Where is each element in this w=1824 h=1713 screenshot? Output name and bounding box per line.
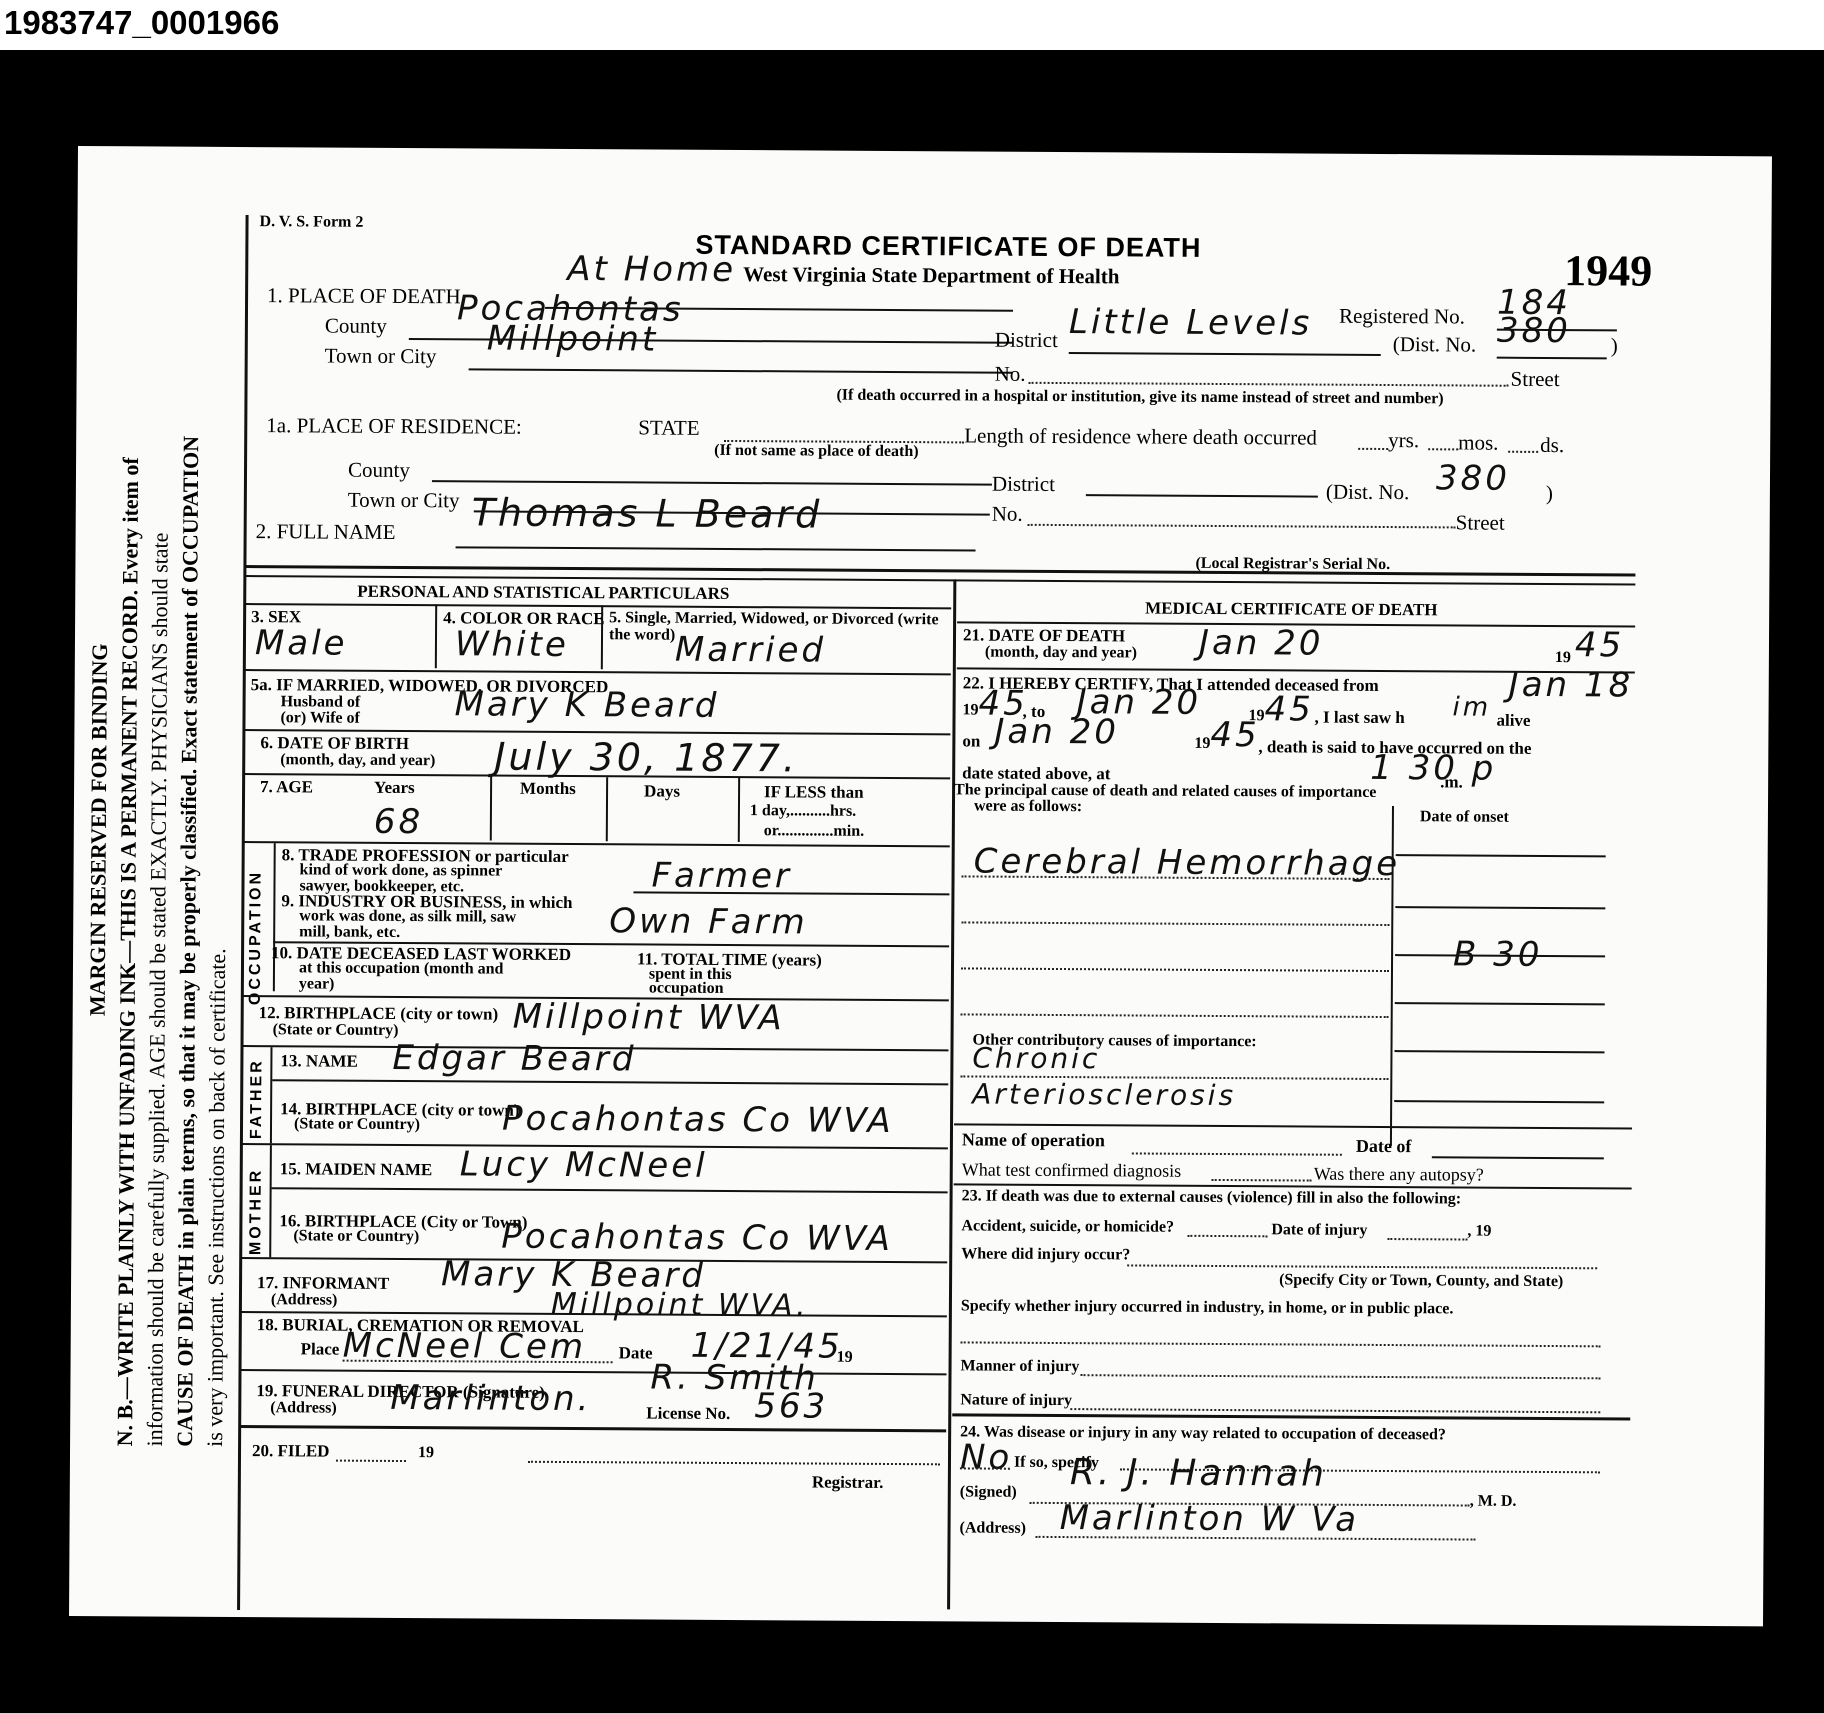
father-name-value: Edgar Beard <box>392 1038 636 1079</box>
age-label: 7. AGE <box>260 777 313 797</box>
last-saw-value: im <box>1453 692 1492 722</box>
residence-label: 1a. PLACE OF RESIDENCE: <box>266 413 522 440</box>
serial-no-label: (Local Registrar's Serial No. <box>1195 555 1390 574</box>
residence-county-label: County <box>348 458 410 483</box>
residence-no-label: No. <box>992 502 1023 527</box>
street-no-label: No. <box>995 362 1026 387</box>
residence-town-label: Town or City <box>348 488 460 514</box>
filed-label: 20. FILED <box>252 1441 330 1461</box>
birthplace-value: Millpoint WVA <box>513 997 785 1039</box>
residence-district-label: District <box>992 472 1055 497</box>
time-of-death-value: 1 30 p <box>1370 748 1496 789</box>
full-name-value: Thomas L Beard <box>472 490 823 536</box>
death-certificate: MARGIN RESERVED FOR BINDING N. B.—WRITE … <box>69 146 1772 1626</box>
physician-address-label: (Address) <box>960 1519 1026 1537</box>
date-of-onset-label: Date of onset <box>1420 808 1509 827</box>
margin-line-5: is very important. See instructions on b… <box>200 436 236 1447</box>
image-id: 1983747_0001966 <box>4 4 279 42</box>
district-label: District <box>995 328 1058 353</box>
residence-dist-no-label: (Dist. No. <box>1326 480 1410 506</box>
street-label: Street <box>1511 367 1560 392</box>
place-of-death-value: At Home <box>567 249 736 290</box>
county-label: County <box>325 314 387 339</box>
race-value: White <box>455 624 569 665</box>
attended-from-value: Jan 18 <box>1509 665 1634 706</box>
physician-address-value: Marlinton W Va <box>1060 1498 1360 1540</box>
trade-value: Farmer <box>651 856 792 897</box>
residence-state-note: (If not same as place of death) <box>714 442 919 461</box>
manner-of-injury-label: Manner of injury <box>961 1357 1080 1376</box>
autopsy-label: Was there any autopsy? <box>1314 1164 1484 1186</box>
dob-value: July 30, 1877. <box>494 735 798 781</box>
marital-status-value: Married <box>675 630 826 671</box>
date-of-death-year: 45 <box>1575 625 1625 665</box>
length-of-residence-label: Length of residence where death occurred <box>964 423 1317 450</box>
town-label: Town or City <box>325 344 437 370</box>
other-causes-value-2: Arteriosclerosis <box>972 1077 1236 1112</box>
father-birthplace-value: Pocahontas Co WVA <box>502 1099 894 1141</box>
attended-to-year: 45 <box>1264 689 1314 729</box>
full-name-label: 2. FULL NAME <box>256 519 396 545</box>
last-saw-on-value: Jan 20 <box>994 712 1119 753</box>
date-of-onset-value: B 30 <box>1453 934 1543 975</box>
occupation-related-value: No <box>960 1437 1012 1477</box>
residence-state-label: STATE <box>638 415 699 440</box>
informant-address-value: Millpoint WVA. <box>551 1287 809 1324</box>
specify-whether-label: Specify whether injury occurred in indus… <box>961 1297 1454 1318</box>
mother-maiden-label: 15. MAIDEN NAME <box>280 1159 433 1180</box>
accident-label: Accident, suicide, or homicide? <box>961 1217 1174 1236</box>
external-causes-label: 23. If death was due to external causes … <box>962 1187 1462 1208</box>
registered-no-label: Registered No. <box>1339 304 1465 330</box>
occupation-related-label: 24. Was disease or injury in any way rel… <box>960 1423 1446 1444</box>
nature-of-injury-label: Nature of injury <box>960 1391 1072 1410</box>
father-side-label: FATHER <box>248 1058 266 1139</box>
form-id: D. V. S. Form 2 <box>259 213 363 232</box>
dist-no-value: 380 <box>1497 311 1571 351</box>
image-id-bar: 1983747_0001966 <box>0 0 1824 50</box>
dist-no-label: (Dist. No. <box>1393 332 1477 358</box>
residence-street-label: Street <box>1456 510 1505 535</box>
occupation-side-label: OCCUPATION <box>247 870 266 1005</box>
district-value: Little Levels <box>1069 302 1313 343</box>
date-of-death-value: Jan 20 <box>1199 623 1324 664</box>
personal-heading: PERSONAL AND STATISTICAL PARTICULARS <box>357 582 729 604</box>
last-saw-on-year: 45 <box>1210 715 1260 755</box>
year-stamp: 1949 <box>1564 245 1652 297</box>
test-label: What test confirmed diagnosis <box>962 1159 1182 1181</box>
page-subtitle: West Virginia State Department of Health <box>743 262 1119 289</box>
residence-dist-no-value: 380 <box>1436 458 1510 498</box>
physician-signature-value: R. J. Hannah <box>1070 1452 1327 1495</box>
industry-value: Own Farm <box>609 901 808 942</box>
license-no-value: 563 <box>754 1386 828 1426</box>
other-causes-value-1: Chronic <box>972 1041 1100 1075</box>
mother-side-label: MOTHER <box>247 1168 266 1255</box>
place-of-death-label: 1. PLACE OF DEATH <box>267 283 461 309</box>
age-years-value: 68 <box>374 802 424 842</box>
mother-maiden-value: Lucy McNeel <box>460 1144 708 1186</box>
medical-heading: MEDICAL CERTIFICATE OF DEATH <box>1145 599 1437 621</box>
mother-birthplace-value: Pocahontas Co WVA <box>501 1217 893 1259</box>
registrar-label: Registrar. <box>812 1473 884 1493</box>
injury-where-label: Where did injury occur? <box>961 1245 1130 1264</box>
spouse-value: Mary K Beard <box>454 684 719 726</box>
funeral-address-value: Marlinton. <box>390 1378 591 1419</box>
hospital-note: (If death occurred in a hospital or inst… <box>836 387 1443 409</box>
injury-date-label: Date of injury <box>1271 1221 1367 1240</box>
sex-value: Male <box>255 623 348 664</box>
page-title: STANDARD CERTIFICATE OF DEATH <box>695 230 1201 264</box>
father-name-label: 13. NAME <box>280 1051 358 1071</box>
town-value: Millpoint <box>487 319 659 360</box>
signed-label: (Signed) <box>960 1483 1017 1501</box>
operation-label: Name of operation <box>962 1129 1105 1151</box>
